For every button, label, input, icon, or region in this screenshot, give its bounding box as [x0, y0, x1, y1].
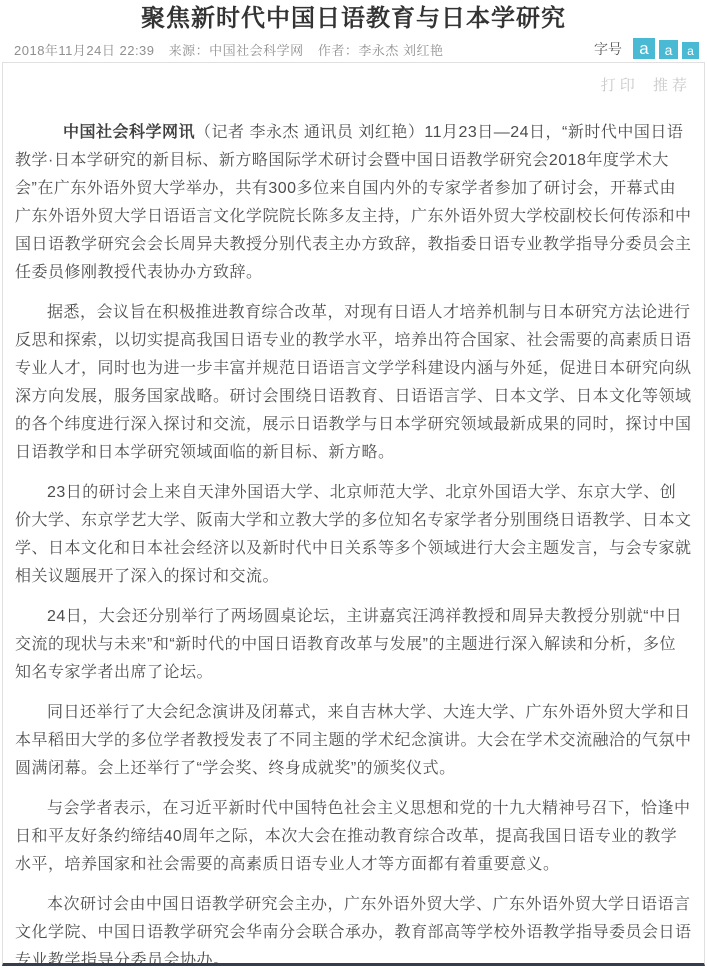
page-title: 聚焦新时代中国日语教育与日本学研究: [0, 3, 707, 35]
font-size-large-button[interactable]: a: [633, 38, 655, 59]
recommend-link[interactable]: 推荐: [653, 77, 691, 94]
font-size-label: 字号: [594, 39, 622, 59]
article-lead-rest: （记者 李永杰 通讯员 刘红艳）11月23日—24日，“新时代中国日语教学·日本…: [15, 124, 692, 281]
author-names: 李永杰 刘红艳: [358, 43, 443, 58]
article-content-box: 打印 推荐 中国社会科学网讯（记者 李永杰 通讯员 刘红艳）11月23日—24日…: [2, 62, 705, 966]
article-paragraph: 同日还举行了大会纪念演讲及闭幕式，来自吉林大学、大连大学、广东外语外贸大学和日本…: [15, 699, 692, 783]
source: 来源：中国社会科学网: [169, 43, 304, 58]
article-meta: 2018年11月24日 22:39 来源：中国社会科学网 作者：李永杰 刘红艳: [14, 40, 443, 59]
source-label: 来源：: [169, 43, 210, 58]
article-paragraph: 本次研讨会由中国日语教学研究会主办，广东外语外贸大学、广东外语外贸大学日语语言文…: [15, 891, 692, 966]
article-paragraph: 23日的研讨会上来自天津外国语大学、北京师范大学、北京外国语大学、东京大学、创价…: [15, 479, 692, 591]
article-paragraph: 与会学者表示，在习近平新时代中国特色社会主义思想和党的十九大精神号召下，恰逢中日…: [15, 795, 692, 879]
author-label: 作者：: [318, 43, 359, 58]
publish-date: 2018年11月24日 22:39: [14, 43, 155, 58]
font-size-medium-button[interactable]: a: [659, 40, 678, 59]
article-lead: 中国社会科学网讯: [63, 124, 195, 141]
article-page: 聚焦新时代中国日语教育与日本学研究 2018年11月24日 22:39 来源：中…: [0, 0, 707, 966]
article-paragraph: 24日，大会还分别举行了两场圆桌论坛，主讲嘉宾汪鸿祥教授和周异夫教授分别就“中日…: [15, 603, 692, 687]
article-actions: 打印 推荐: [14, 63, 693, 95]
font-size-controls: 字号 a a a: [594, 38, 699, 59]
font-size-small-button[interactable]: a: [682, 42, 699, 59]
article-header: 聚焦新时代中国日语教育与日本学研究 2018年11月24日 22:39 来源：中…: [0, 0, 707, 62]
article-body: 中国社会科学网讯（记者 李永杰 通讯员 刘红艳）11月23日—24日，“新时代中…: [14, 95, 693, 966]
authors: 作者：李永杰 刘红艳: [318, 43, 444, 58]
article-paragraph: 据悉，会议旨在积极推进教育综合改革，对现有日语人才培养机制与日本研究方法论进行反…: [15, 299, 692, 467]
article-paragraph: 中国社会科学网讯（记者 李永杰 通讯员 刘红艳）11月23日—24日，“新时代中…: [15, 119, 692, 287]
print-link[interactable]: 打印: [601, 77, 639, 94]
source-name: 中国社会科学网: [209, 43, 304, 58]
article-paragraphs: 据悉，会议旨在积极推进教育综合改革，对现有日语人才培养机制与日本研究方法论进行反…: [15, 299, 692, 966]
meta-row: 2018年11月24日 22:39 来源：中国社会科学网 作者：李永杰 刘红艳 …: [0, 35, 707, 63]
